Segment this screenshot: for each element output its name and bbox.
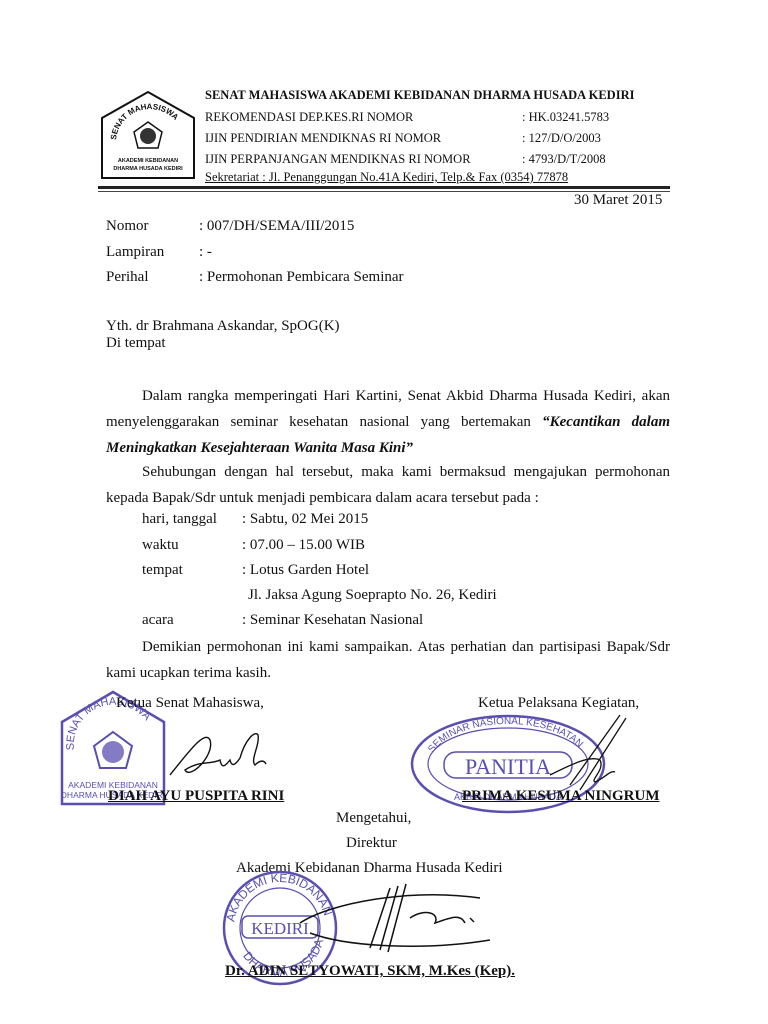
paragraph-closing: Demikian permohonan ini kami sampaikan. …: [106, 634, 670, 686]
letterhead-row-label: REKOMENDASI DEP.KES.RI NOMOR: [205, 110, 413, 125]
paragraph-intro: Dalam rangka memperingati Hari Kartini, …: [106, 383, 670, 461]
letterhead-address: Sekretariat : Jl. Penanggungan No.41A Ke…: [205, 170, 568, 185]
letterhead-row-label: IJIN PENDIRIAN MENDIKNAS RI NOMOR: [205, 131, 441, 146]
meta-value-nomor: : 007/DH/SEMA/III/2015: [199, 218, 354, 235]
letterhead-row-value: : 127/D/O/2003: [522, 131, 601, 146]
detail-value-date: : Sabtu, 02 Mei 2015: [242, 511, 368, 528]
meta-value-perihal: : Permohonan Pembicara Seminar: [199, 269, 404, 286]
director-name: Dr. ADIN SETYOWATI, SKM, M.Kes (Kep).: [225, 963, 515, 980]
detail-label-time: waktu: [142, 537, 179, 554]
detail-value-event: : Seminar Kesehatan Nasional: [242, 612, 423, 629]
meta-label-lampiran: Lampiran: [106, 244, 164, 261]
letterhead-title: SENAT MAHASISWA AKADEMI KEBIDANAN DHARMA…: [205, 88, 634, 103]
request-text: Sehubungan dengan hal tersebut, maka kam…: [106, 459, 670, 511]
letterhead-row-value: : HK.03241.5783: [522, 110, 609, 125]
left-signatory-name: DIAH AYU PUSPITA RINI: [108, 788, 284, 805]
detail-label-event: acara: [142, 612, 174, 629]
letterhead-divider: [98, 186, 670, 189]
letterhead-row-value: : 4793/D/T/2008: [522, 152, 606, 167]
left-signature-icon: [160, 720, 280, 795]
logo-bottom-text-1: AKADEMI KEBIDANAN: [118, 158, 178, 164]
letter-date: 30 Maret 2015: [574, 192, 662, 209]
right-signatory-name: PRIMA KESUMA NINGRUM: [462, 788, 660, 805]
logo-bottom-text-2: DHARMA HUSADA KEDIRI: [113, 166, 183, 172]
recipient-location: Di tempat: [106, 335, 166, 352]
meta-value-lampiran: : -: [199, 244, 212, 261]
detail-value-time: : 07.00 – 15.00 WIB: [242, 537, 365, 554]
director-signature-icon: [290, 878, 500, 963]
detail-value-address: Jl. Jaksa Agung Soeprapto No. 26, Kediri: [248, 587, 497, 604]
senat-mahasiswa-logo-icon: SENAT MAHASISWA AKADEMI KEBIDANAN DHARMA…: [98, 88, 198, 180]
paragraph-request: Sehubungan dengan hal tersebut, maka kam…: [106, 459, 670, 511]
recipient-name: Yth. dr Brahmana Askandar, SpOG(K): [106, 318, 340, 335]
detail-label-place: tempat: [142, 562, 183, 579]
letterhead-row-label: IJIN PERPANJANGAN MENDIKNAS RI NOMOR: [205, 152, 471, 167]
detail-value-place: : Lotus Garden Hotel: [242, 562, 369, 579]
acknowledged-label: Mengetahui,: [336, 810, 411, 827]
closing-text: Demikian permohonan ini kami sampaikan. …: [106, 634, 670, 686]
detail-label-date: hari, tanggal: [142, 511, 217, 528]
left-signatory-role: Ketua Senat Mahasiswa,: [116, 695, 264, 712]
meta-label-perihal: Perihal: [106, 269, 149, 286]
meta-label-nomor: Nomor: [106, 218, 149, 235]
director-title: Direktur: [346, 835, 397, 852]
